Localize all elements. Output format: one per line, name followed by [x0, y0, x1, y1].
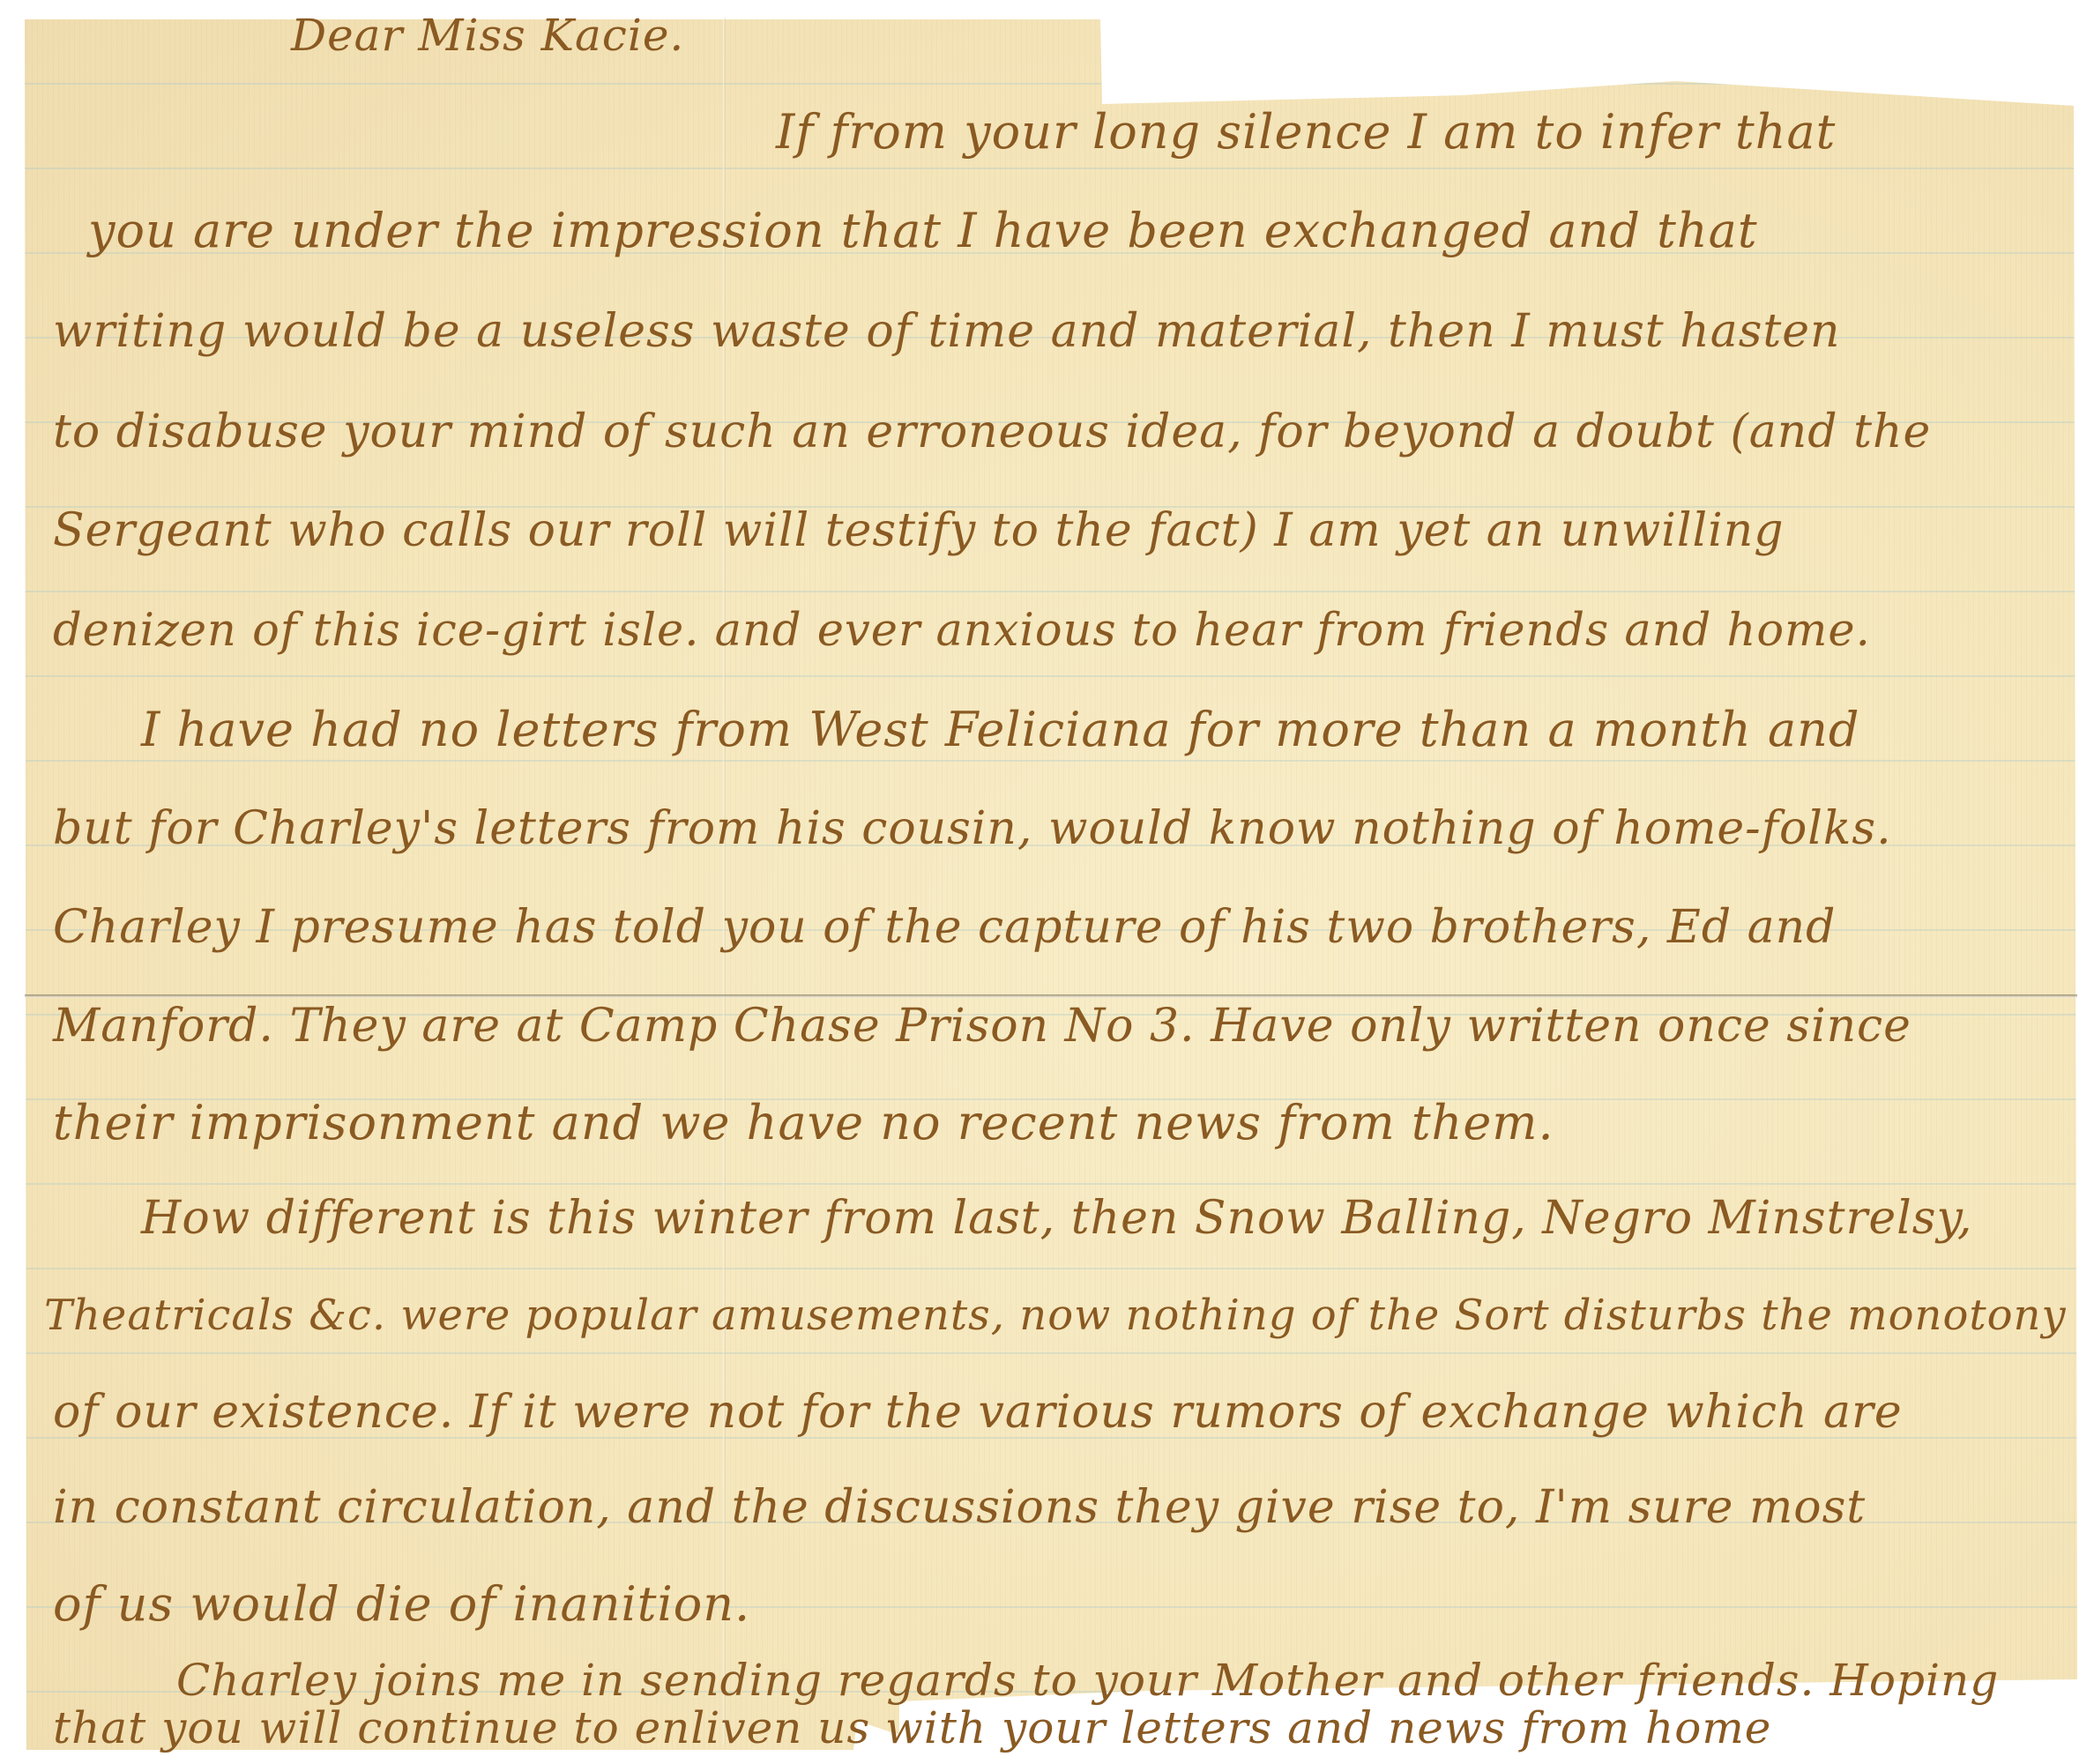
letter-line: Charley joins me in sending regards to y…: [176, 1654, 1999, 1707]
letter-line: that you will continue to enliven us wit…: [53, 1701, 1771, 1754]
letter-line: denizen of this ice-girt isle. and ever …: [53, 605, 1871, 658]
letter-line: you are under the impression that I have…: [88, 205, 1758, 257]
letter-line: Sergeant who calls our roll will testify…: [53, 504, 1785, 557]
letter-line: Theatricals &c. were popular amusements,…: [44, 1289, 2067, 1342]
letter-line: of us would die of inanition.: [53, 1578, 750, 1631]
salutation: Dear Miss Kacie.: [291, 9, 684, 62]
letter-line: Charley I presume has told you of the ca…: [53, 901, 1836, 954]
letter-body: Dear Miss Kacie. If from your long silen…: [0, 0, 2094, 1764]
letter-line: How different is this winter from last, …: [141, 1192, 1972, 1245]
letter-line: their imprisonment and we have no recent…: [53, 1097, 1554, 1150]
letter-line: but for Charley's letters from his cousi…: [53, 802, 1892, 855]
letter-line: to disabuse your mind of such an erroneo…: [53, 406, 1931, 458]
letter-line: Manford. They are at Camp Chase Prison N…: [53, 1000, 1911, 1053]
letter-line: of our existence. If it were not for the…: [53, 1386, 1903, 1439]
letter-line: writing would be a useless waste of time…: [53, 305, 1841, 358]
letter-line: If from your long silence I am to infer …: [776, 106, 1836, 159]
scanned-letter-page: Dear Miss Kacie. If from your long silen…: [0, 0, 2094, 1764]
letter-line: I have had no letters from West Felician…: [141, 703, 1860, 756]
letter-line: in constant circulation, and the discuss…: [53, 1481, 1866, 1534]
